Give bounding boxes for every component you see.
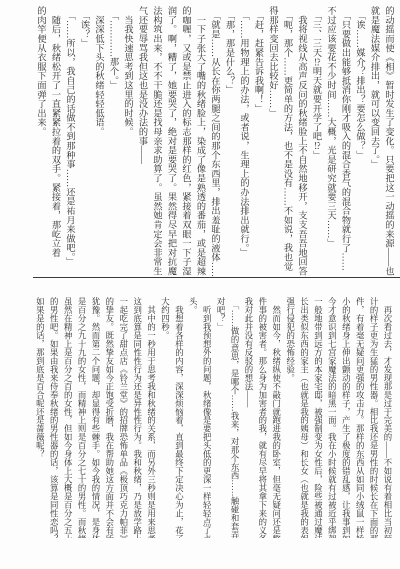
top-text-block: 的动摇而使《相》暂时发生了变化。只要把这一动摇的来源——也就是魔法媒介排出，就可…: [34, 6, 397, 277]
text-column: 的动摇而使《相》暂时发生了变化。只要把这一动摇的来源——也: [382, 6, 397, 277]
bottom-text-block: 再次看过去，才发现那是过于完美的——不如说有着相比当初预计的样子更为生猛的男性器…: [32, 297, 394, 538]
text-column: 然而如今，秋绪纵使不敲门就跑进我的卧室，但毫无疑问还是整: [269, 297, 283, 538]
text-column: 「呃，那个……更简单的方法，也不是没有……不如说，我也觉: [280, 6, 295, 277]
text-column: 的男性吧。如果由我来侍奉秋绪的男性器的话，该算是同性恋吗？: [46, 297, 60, 538]
text-column: 得那样变回去比较好……」: [266, 6, 281, 277]
text-column: 小的秋绪身上伸出颤动的样子，产生了极度的错乱感，让我事到如: [338, 297, 352, 538]
text-column: 计的样子更为生猛的男性器。相比我还是男性的时候长在下面的那: [366, 297, 380, 538]
book-page: 的动摇而使《相》暂时发生了变化。只要把这一动摇的来源——也就是魔法媒介排出，就可…: [0, 0, 400, 569]
text-column: 这到底算是同性性行为还是异性性行为。我和秋绪，乃是放学路上: [130, 297, 144, 538]
text-column: 件，有着毫无疑问更强的攻击力。那样的东西从如同小绒鼠一样娇: [352, 297, 366, 538]
text-column: 头。: [185, 297, 199, 538]
text-column: 大约四秒。: [158, 297, 172, 538]
text-column: 「赶，赶紧告诉我啊！」: [251, 6, 266, 277]
text-column: 深深低下头的秋绪轻轻低语。: [92, 6, 107, 277]
text-column: 「诶？」: [77, 6, 92, 277]
text-column: 对吧？」: [213, 297, 227, 538]
text-column: 的挚友。既然挚友如今正饱受折磨，我在帮助她这方面并不会有所: [102, 297, 116, 538]
text-column: 犹豫。然而第二个问题，却显得有些棘手。如今我的情况，是身体: [88, 297, 102, 538]
text-column: 件事的被害者。那么身为加害者的我，就有尽早将其拿下来的义务。: [255, 297, 269, 538]
text-column: 「……用物理上的办法，或者说，生理上的办法排出就行。」: [237, 6, 252, 277]
text-column: 再次看过去，才发现那是过于完美的——不如说有着相比当初预: [380, 297, 394, 538]
text-column: 法构筑出来，不不干脆还是找母亲求助算了。虽然她肯定会非常生: [150, 6, 165, 277]
text-column: 「就是……从长在你两腿之间的那个东西里，排出羞耻的液体……」: [208, 6, 223, 277]
text-column: 一般地带到远方的本家宅邸，被强制变为女性后，险些被通过魔法: [311, 297, 325, 538]
text-column: 「……所以，我自己的话做不到那种事……还是祐月来做吧。」: [63, 6, 78, 277]
text-column: 今才意识到七宫家魔法的暗黑一面。我在小时候就有过被近乎绑架: [324, 297, 338, 538]
text-column: 的咖喱，又或是禁止进入的标志那样的红色，紧接着双眼一下子湿: [179, 6, 194, 277]
text-column: 「……做的意思，是哪个……我来，对那个东西……触碰和套弄，: [227, 297, 241, 538]
text-column: 不过应该要花不少时间……大概，光是研究就要三天……」: [324, 6, 339, 277]
text-column: 润了。啊，糟了，她要哭了，绝对是要哭了。果然得尽早把对抗魔: [164, 6, 179, 277]
text-column: 强行侵犯的恐怖经验。: [283, 297, 297, 538]
text-column: 是百分之九十九的女性，而精神上则是百分之七十的男性。而秋绪: [74, 297, 88, 538]
text-column: 气还要辱骂我但这也是没办法的事——: [135, 6, 150, 277]
section-divider: [33, 277, 400, 278]
text-column: 一起吃完了甜点店《铃兰堂》的招牌恐怖单品《极顶巧克力帕菲》: [116, 297, 130, 538]
text-column: 虽然在精神上是百分之百的女性，但如今身体上大概是百分之五十: [60, 297, 74, 538]
text-column: 一下子张大了嘴的秋绪脸上，染成了像是熟透的番茄，或是超辣: [193, 6, 208, 277]
text-column: 当我快速思考到这里的时候。: [121, 6, 136, 277]
text-column: 我对此并没有反驳的想法——: [241, 297, 255, 538]
text-column: 「只要做出能够抵消你刚才吸入的混合香气的混合物就行了……: [338, 6, 353, 277]
text-column: 「那，那是什么？」: [222, 6, 237, 277]
text-column: 如果是的话，那到底是百合呢还是蔷薇呢？: [32, 297, 46, 538]
text-column: 听到我预想外的问题，秋绪像是要把头低的更深一样轻轻点了点: [199, 297, 213, 538]
text-column: 随后，秋绪松开了一直紧紧拉着的双手。紧接着，那屹立着: [48, 6, 63, 277]
text-column: 「三、三天⁉明天就要开学了吧⁉」: [309, 6, 324, 277]
text-column: 长出类似东西的家主（也就是我的姨母）和长女（也就是我的表姐）: [297, 297, 311, 538]
text-column: 的肉竿便从衣服下面弹了出来。: [34, 6, 49, 277]
text-column: 就是魔法媒介排出，就可以变回去了。」: [367, 6, 382, 277]
text-column: 「…………那个。」: [106, 6, 121, 277]
text-column: 我想着各样的内容，深深烦恼着，直到最终下定决心为止，花了: [172, 297, 186, 538]
text-column: 「诶……媒介？排出？要怎么做？」: [353, 6, 368, 277]
text-column: 我将视线从高声反问的秋绪脸上不自然地移开，支支吾吾地回答：: [295, 6, 310, 277]
text-column: 其中的一秒用于思考我和秋绪的关系，而另外三秒则是用来思考: [144, 297, 158, 538]
